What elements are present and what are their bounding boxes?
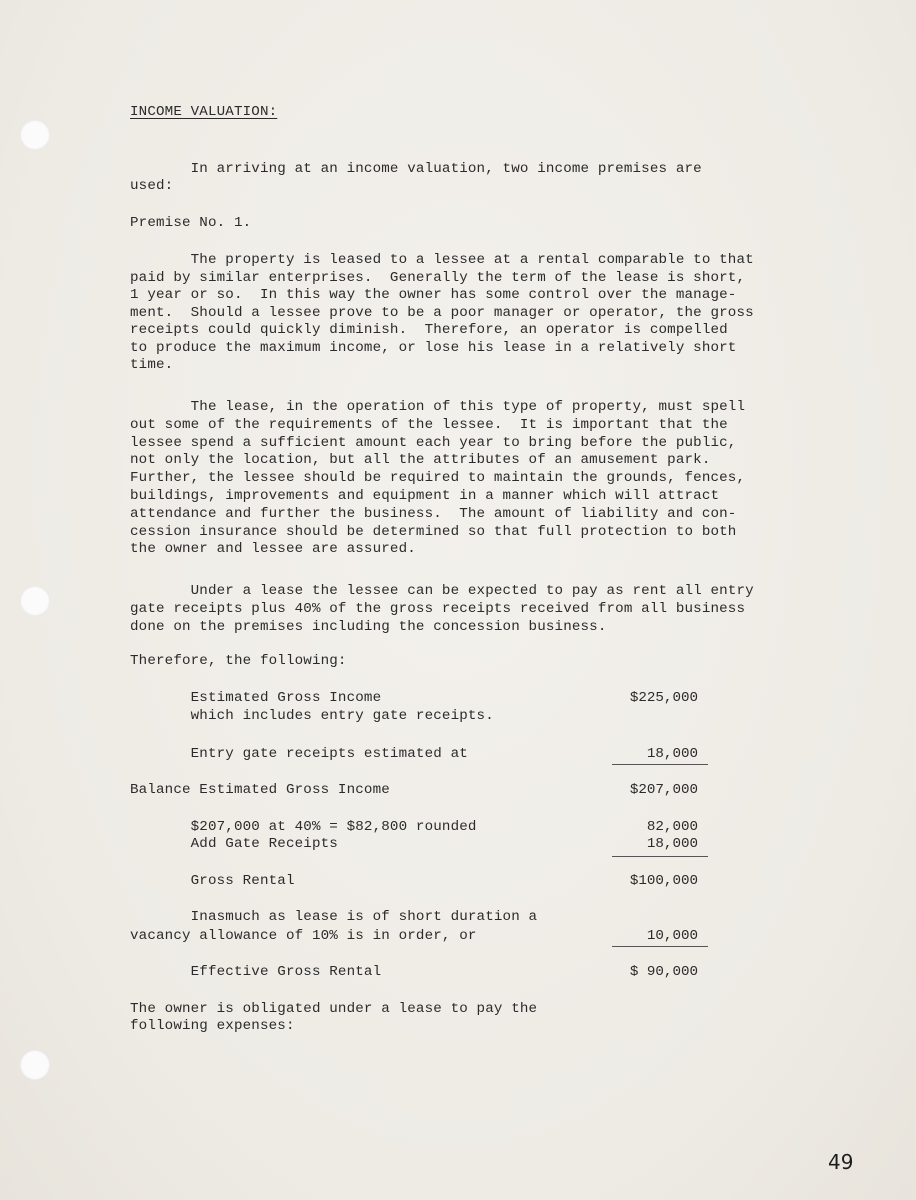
text-line: paid by similar enterprises. Generally t… [130, 269, 745, 287]
binder-hole [20, 120, 50, 150]
ledger-amount: $100,000 [578, 872, 698, 890]
ledger-label: Entry gate receipts estimated at [130, 745, 468, 763]
ledger-label: Balance Estimated Gross Income [130, 781, 390, 799]
text-line: Under a lease the lessee can be expected… [130, 582, 754, 600]
therefore-line: Therefore, the following: [130, 652, 347, 670]
text-line: to produce the maximum income, or lose h… [130, 339, 736, 357]
closing-line: The owner is obligated under a lease to … [130, 1000, 537, 1018]
intro-line: used: [130, 177, 173, 195]
underline-rule [612, 856, 708, 857]
page-number: 49 [828, 1150, 853, 1174]
ledger-amount: 18,000 [578, 745, 698, 763]
text-line: lessee spend a sufficient amount each ye… [130, 434, 736, 452]
text-line: receipts could quickly diminish. Therefo… [130, 321, 728, 339]
text-line: ment. Should a lessee prove to be a poor… [130, 304, 754, 322]
ledger-label: vacancy allowance of 10% is in order, or [130, 927, 477, 945]
text-line: The lease, in the operation of this type… [130, 398, 745, 416]
ledger-amount: $207,000 [578, 781, 698, 799]
ledger-amount: 82,000 [578, 818, 698, 836]
binder-hole [20, 586, 50, 616]
text-line: 1 year or so. In this way the owner has … [130, 286, 736, 304]
premise-label: Premise No. 1. [130, 214, 251, 232]
intro-line: In arriving at an income valuation, two … [130, 160, 702, 178]
closing-line: following expenses: [130, 1017, 295, 1035]
underline-rule [612, 946, 708, 947]
text-line: done on the premises including the conce… [130, 618, 607, 636]
ledger-label: Effective Gross Rental [130, 963, 381, 981]
text-line: the owner and lessee are assured. [130, 540, 416, 558]
ledger-label: Gross Rental [130, 872, 295, 890]
document-page: INCOME VALUATION: In arriving at an inco… [0, 0, 916, 1200]
text-line: time. [130, 356, 173, 374]
ledger-amount: 10,000 [578, 927, 698, 945]
text-line: The property is leased to a lessee at a … [130, 251, 754, 269]
text-line: cession insurance should be determined s… [130, 523, 736, 541]
underline-rule [612, 764, 708, 765]
ledger-label: $207,000 at 40% = $82,800 rounded [130, 818, 477, 836]
ledger-label: which includes entry gate receipts. [130, 707, 494, 725]
ledger-amount: $225,000 [578, 689, 698, 707]
ledger-label: Add Gate Receipts [130, 835, 338, 853]
text-line: not only the location, but all the attri… [130, 451, 710, 469]
ledger-label: Estimated Gross Income [130, 689, 381, 707]
binder-hole [20, 1050, 50, 1080]
text-line: gate receipts plus 40% of the gross rece… [130, 600, 745, 618]
text-line: out some of the requirements of the less… [130, 416, 728, 434]
ledger-label: Inasmuch as lease is of short duration a [130, 908, 537, 926]
text-line: attendance and further the business. The… [130, 505, 736, 523]
section-heading: INCOME VALUATION: [130, 103, 277, 121]
text-line: Further, the lessee should be required t… [130, 469, 745, 487]
ledger-amount: 18,000 [578, 835, 698, 853]
text-line: buildings, improvements and equipment in… [130, 487, 719, 505]
ledger-amount: $ 90,000 [578, 963, 698, 981]
